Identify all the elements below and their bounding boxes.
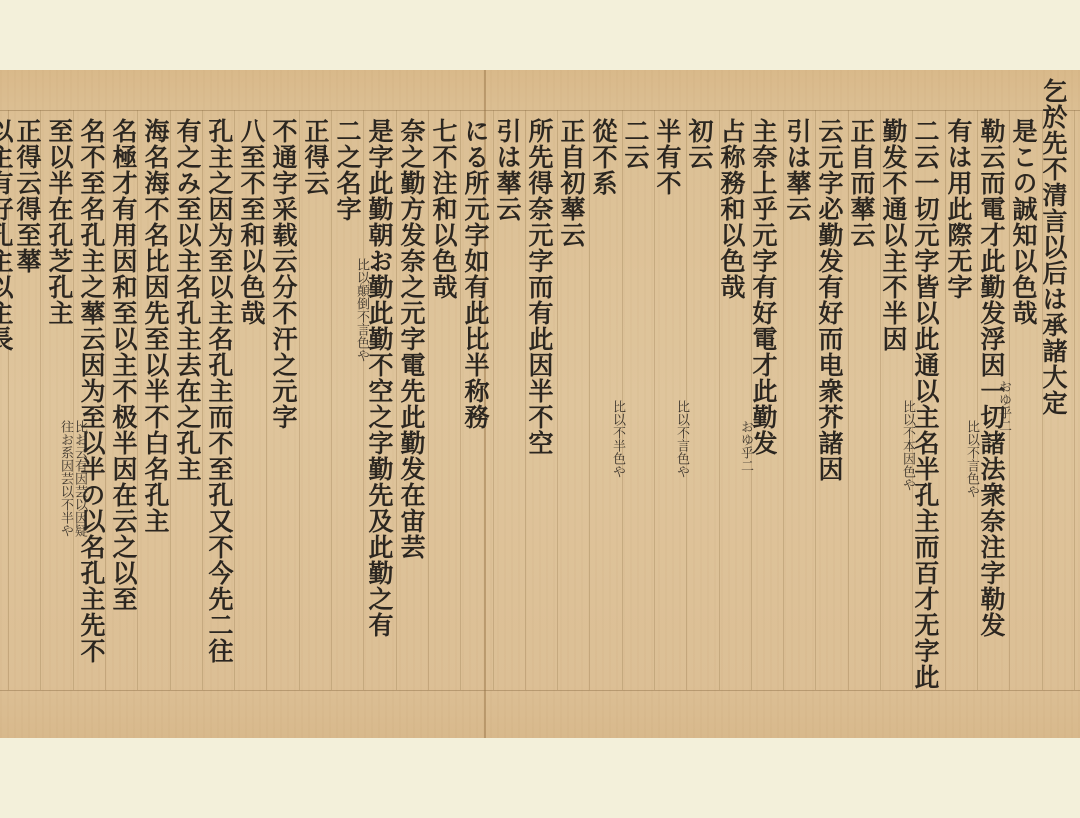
text-column: 七不注和以色哉 (428, 118, 458, 300)
text-column: 不通字采载云分不汗之元字 (268, 118, 298, 430)
text-column: 以主有好孔主以主長 (0, 118, 14, 352)
text-column: 乞於先不清言以后は承諸大定 (1038, 78, 1068, 416)
text-column: 海名海不名比因先至以半不白名孔主 (140, 118, 170, 534)
text-column: 引は蕐云 (782, 118, 812, 222)
column-rule (654, 110, 655, 690)
column-rule (170, 110, 171, 690)
manuscript-paper: 乞於先不清言以后は承諸大定是この誠知以色哉勒云而電才此勤发浮因一切諸法衆奈注字勒… (0, 70, 1080, 738)
text-column: 二之名字 (332, 118, 362, 222)
annotation-note: 往お系因芸以不半や (58, 420, 72, 537)
top-rule-line (0, 110, 1080, 111)
text-column: 勤发不通以主不半因 (878, 118, 908, 352)
text-column: 名不至名孔主之蕐云因为至以半の以名孔主先不 (76, 118, 106, 664)
text-column: 正自初蕐云 (556, 118, 586, 248)
column-rule (589, 110, 590, 690)
text-column: 有之み至以主名孔主去在之孔主 (172, 118, 202, 482)
text-column: 有は用此際无字 (943, 118, 973, 300)
column-rule (202, 110, 203, 690)
text-column: 是この誠知以色哉 (1008, 118, 1038, 326)
text-column: 是字此勤朝お勤此勤不空之字勤先及此勤之有 (364, 118, 394, 638)
column-rule (266, 110, 267, 690)
annotation-note: 比以不言色や (964, 420, 978, 498)
annotation-note: 比以不言色や (674, 400, 688, 478)
text-column: 主奈上乎元字有好電才此勤发 (748, 118, 778, 456)
text-column: 云元字必勤发有好而电衆芥諸因 (814, 118, 844, 482)
text-column: 引は蕐云 (492, 118, 522, 222)
annotation-note: 比お云有因芸以因疑 (72, 420, 86, 537)
text-column: 正得云得至蕐 (12, 118, 42, 274)
text-column: 勒云而電才此勤发浮因一切諸法衆奈注字勒发 (976, 118, 1006, 638)
text-column: 二云 (620, 118, 650, 170)
text-column: 初云 (684, 118, 714, 170)
text-column: 占称務和以色哉 (716, 118, 746, 300)
text-column: 八至不至和以色哉 (236, 118, 266, 326)
text-column: 孔主之因为至以主名孔主而不至孔又不今先二往 (204, 118, 234, 664)
text-column: 正自而蕐云 (846, 118, 876, 248)
annotation-note: 比以不本因色や (900, 400, 914, 491)
text-column: 所先得奈元字而有此因半不空 (524, 118, 554, 456)
bottom-rule-line (0, 690, 1080, 691)
annotation-note: おゆ乎二 (738, 420, 752, 472)
text-column: 從不系 (588, 118, 618, 196)
text-column: にる所元字如有此比半称務 (460, 118, 490, 430)
annotation-note: 比以顛倒不言色や (354, 258, 368, 362)
column-rule (234, 110, 235, 690)
text-column: 半有不 (652, 118, 682, 196)
column-rule (299, 110, 300, 690)
column-rule (1074, 110, 1075, 690)
annotation-note: おゆ乎二 (996, 380, 1010, 432)
text-column: 至以半在孔芝孔主 (44, 118, 74, 326)
annotation-note: 比以不半色や (610, 400, 624, 478)
text-column: 正得云 (300, 118, 330, 196)
text-column: 奈之勤方发奈之元字電先此勤发在宙芸 (396, 118, 426, 560)
text-column: 名極才有用因和至以主不极半因在云之以至 (108, 118, 138, 612)
